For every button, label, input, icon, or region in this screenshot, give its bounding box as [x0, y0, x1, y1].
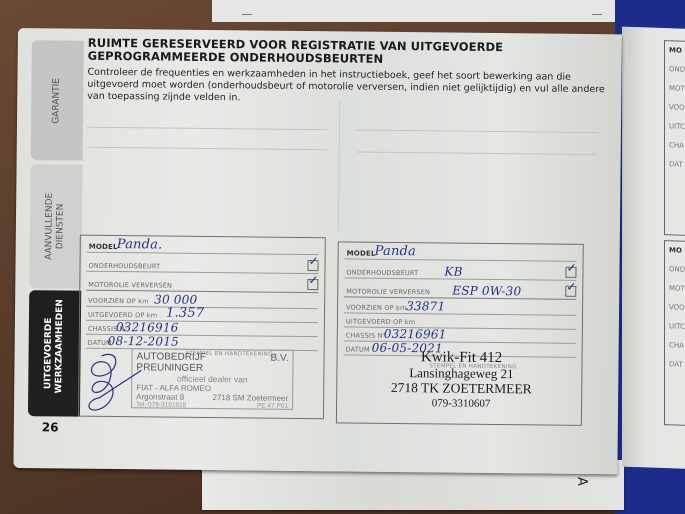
stamp-footer: Tel: 079-3181818PE 47 P01: [136, 401, 288, 410]
oil-checkbox[interactable]: ✓: [565, 286, 576, 297]
field-label: MODEL: [89, 243, 118, 251]
tab-garantie[interactable]: GARANTIE: [31, 40, 84, 161]
page-number: 26: [42, 420, 59, 434]
checkmark-icon: ✓: [309, 255, 319, 267]
dealer-stamp: AUTOBEDRIJF PREUNINGERB.V. officieel dea…: [131, 348, 294, 410]
service-record-card: MODEL Panda. ONDERHOUDSBEURT ✓ MOTOROLIE…: [78, 235, 326, 420]
show-through-line: [357, 152, 597, 156]
date-value: 08-12-2015: [108, 334, 179, 349]
right-label: MOT: [665, 279, 685, 300]
right-page-card: MO OND MOT VOO UITC CHA DAT: [664, 240, 685, 427]
show-through-divider: [338, 101, 340, 231]
oil-field: MOTOROLIE VERVERSEN ESP 0W-30 ✓: [344, 278, 576, 299]
stamp-name-row: AUTOBEDRIJF PREUNINGERB.V.: [136, 351, 288, 375]
page-title: RUIMTE GERESERVEERD VOOR REGISTRATIE VAN…: [88, 37, 608, 68]
field-label: CHASSIS N°: [346, 331, 386, 339]
field-label: ONDERHOUDSBEURT: [88, 262, 160, 271]
right-label: OND: [665, 260, 685, 281]
right-label: VOO: [665, 298, 685, 319]
right-label: DAT: [665, 355, 685, 376]
service-record-card: MODEL Panda ONDERHOUDSBEURT KB ✓ MOTOROL…: [336, 241, 584, 426]
service-field: ONDERHOUDSBEURT KB ✓: [344, 259, 576, 280]
stamp-city: 2718 SM Zoetermeer: [212, 393, 288, 403]
signature-icon: [81, 348, 152, 419]
booklet-page: GARANTIE AANVULLENDE DIENSTEN UITGEVOERD…: [13, 28, 622, 474]
sheet-letter: A: [574, 477, 589, 486]
show-through-line: [87, 147, 327, 151]
tab-label: AANVULLENDE DIENSTEN: [45, 193, 68, 260]
field-label: MOTOROLIE VERVERSEN: [88, 281, 172, 290]
right-label: VOO: [665, 98, 685, 119]
tab-label: UITGEVOERDE WERKZAAMHEDEN: [43, 313, 66, 393]
service-field: ONDERHOUDSBEURT ✓: [86, 253, 318, 274]
checkmark-icon: ✓: [308, 274, 318, 286]
stamp-suffix: B.V.: [270, 353, 288, 375]
oil-field: MOTOROLIE VERVERSEN ✓: [86, 272, 318, 293]
sheet-mark: [592, 14, 602, 15]
field-label: UITGEVOERD OP km: [346, 317, 415, 326]
tab-aanvullende-diensten[interactable]: AANVULLENDE DIENSTEN: [29, 164, 82, 289]
checkmark-icon: ✓: [566, 262, 576, 274]
field-label: VOORZIEN OP km: [346, 303, 407, 312]
right-label: OND: [665, 60, 685, 81]
planned-km-value: 33871: [406, 299, 445, 313]
oil-note: ESP 0W-30: [452, 284, 521, 299]
right-label: UITC: [665, 117, 685, 138]
right-label: CHA: [665, 136, 685, 157]
stamp-code: PE 47 P01: [257, 403, 288, 410]
page-instructions: Controleer de frequenties en werkzaamhed…: [87, 67, 607, 108]
service-note: KB: [444, 264, 462, 278]
service-checkbox[interactable]: ✓: [307, 260, 318, 271]
field-label: UITGEVOERD OP km: [88, 311, 157, 320]
right-page-card: MO OND MOT VOO UITC CHA DAT: [664, 40, 685, 237]
sheet-mark: [242, 14, 252, 15]
right-label: MO: [665, 41, 685, 62]
model-value: Panda: [375, 245, 417, 259]
actual-km-value: 1.357: [166, 307, 204, 321]
oil-checkbox[interactable]: ✓: [307, 279, 318, 290]
field-label: MOTOROLIE VERVERSEN: [346, 287, 430, 296]
field-label: MODEL: [347, 249, 376, 257]
model-value: Panda.: [117, 238, 163, 252]
service-checkbox[interactable]: ✓: [565, 267, 576, 278]
right-label: MO: [665, 241, 685, 262]
chassis-value: 03216961: [384, 327, 447, 342]
chassis-value: 03216916: [116, 320, 179, 335]
right-label: MOT: [665, 79, 685, 100]
background-sheet: [212, 0, 632, 22]
show-through-line: [87, 127, 327, 131]
stamp-phone: 079-3310607: [351, 396, 571, 412]
tab-label: GARANTIE: [52, 77, 63, 123]
right-label: UITC: [665, 317, 685, 338]
right-page: MO OND MOT VOO UITC CHA DAT MO OND MOT V…: [622, 27, 685, 470]
checkmark-icon: ✓: [566, 281, 576, 293]
right-label: DAT: [665, 155, 685, 176]
show-through-line: [357, 130, 597, 134]
stamp-name: AUTOBEDRIJF PREUNINGER: [136, 351, 270, 374]
tab-uitgevoerde-werkzaamheden[interactable]: UITGEVOERDE WERKZAAMHEDEN: [28, 290, 81, 417]
field-label: VOORZIEN OP km: [88, 297, 149, 306]
right-label: CHA: [665, 336, 685, 357]
field-label: ONDERHOUDSBEURT: [346, 268, 418, 277]
workshop-stamp: Kwik-Fit 412 Lansinghageweg 21 2718 TK Z…: [351, 349, 572, 412]
